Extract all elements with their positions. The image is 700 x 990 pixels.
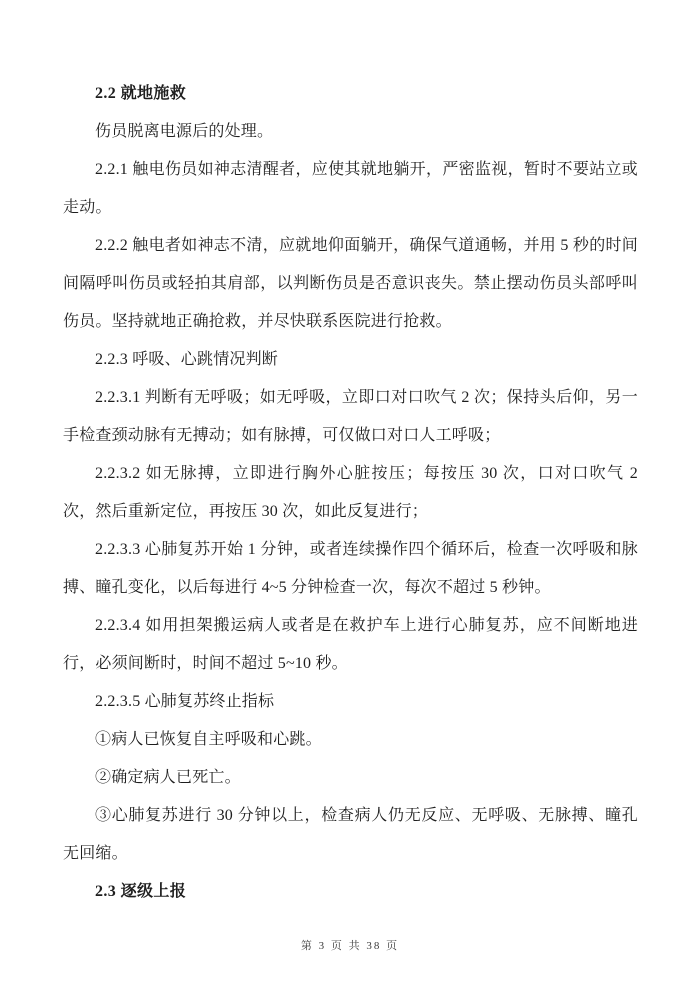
- paragraph-intro: 伤员脱离电源后的处理。: [63, 113, 638, 151]
- paragraph-2-2-3-4: 2.2.3.4 如用担架搬运病人或者是在救护车上进行心肺复苏，应不间断地进行，必…: [63, 607, 638, 683]
- list-item-3: ③心肺复苏进行 30 分钟以上，检查病人仍无反应、无呼吸、无脉搏、瞳孔无回缩。: [63, 797, 638, 873]
- document-page: 2.2 就地施救 伤员脱离电源后的处理。 2.2.1 触电伤员如神志清醒者，应使…: [0, 0, 700, 990]
- paragraph-2-2-3-2: 2.2.3.2 如无脉搏，立即进行胸外心脏按压；每按压 30 次，口对口吹气 2…: [63, 455, 638, 531]
- page-number: 第 3 页 共 38 页: [0, 937, 700, 953]
- section-heading-2-3: 2.3 逐级上报: [63, 873, 638, 911]
- document-body: 2.2 就地施救 伤员脱离电源后的处理。 2.2.1 触电伤员如神志清醒者，应使…: [63, 75, 638, 911]
- paragraph-2-2-3-3: 2.2.3.3 心肺复苏开始 1 分钟，或者连续操作四个循环后，检查一次呼吸和脉…: [63, 531, 638, 607]
- paragraph-2-2-3-5: 2.2.3.5 心肺复苏终止指标: [63, 683, 638, 721]
- paragraph-2-2-3-1: 2.2.3.1 判断有无呼吸；如无呼吸，立即口对口吹气 2 次；保持头后仰，另一…: [63, 379, 638, 455]
- paragraph-2-2-3: 2.2.3 呼吸、心跳情况判断: [63, 341, 638, 379]
- paragraph-2-2-2: 2.2.2 触电者如神志不清，应就地仰面躺开，确保气道通畅，并用 5 秒的时间间…: [63, 227, 638, 341]
- section-heading-2-2: 2.2 就地施救: [63, 75, 638, 113]
- paragraph-2-2-1: 2.2.1 触电伤员如神志清醒者，应使其就地躺开，严密监视，暂时不要站立或走动。: [63, 151, 638, 227]
- list-item-1: ①病人已恢复自主呼吸和心跳。: [63, 721, 638, 759]
- list-item-2: ②确定病人已死亡。: [63, 759, 638, 797]
